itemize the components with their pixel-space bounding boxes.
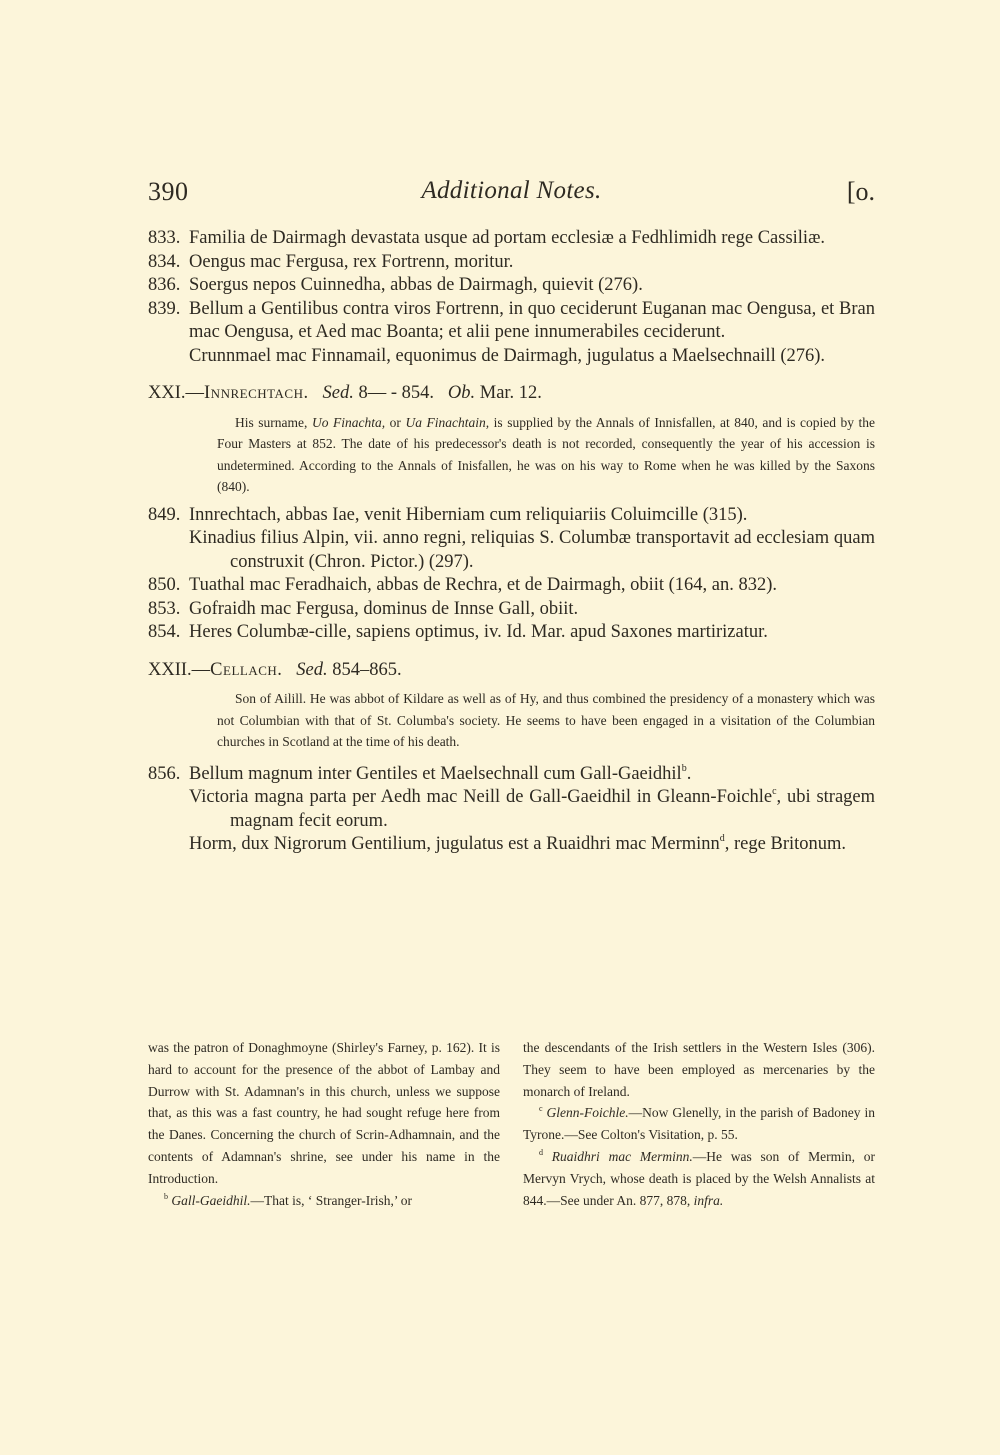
footnotes: was the patron of Donaghmoyne (Shirley's… [148, 1037, 875, 1211]
footnote-continued: the descendants of the Irish settlers in… [523, 1040, 875, 1099]
annal-entry-856-continued-1: Victoria magna parta per Aedh mac Neill … [148, 786, 875, 833]
annal-entry-849-continued: Kinadius filius Alpin, vii. anno regni, … [148, 527, 875, 574]
footnote-title: Ruaidhri mac Merminn. [552, 1149, 693, 1164]
running-title: Additional Notes. [148, 177, 875, 205]
abbot-heading-xxii: XXII.—Cellach. Sed. 854–865. [148, 659, 875, 683]
abbot-note-xxi: His surname, Uo Finachta, or Ua Finachta… [148, 412, 875, 498]
footnote-d: d Ruaidhri mac Merminn.—He was son of Me… [523, 1146, 875, 1211]
annal-year: 839. [148, 298, 180, 322]
annal-text: Victoria magna parta per Aedh mac Neill … [189, 787, 772, 807]
footnote-mark: d [539, 1148, 543, 1157]
note-text: Son of Ailill. He was abbot of Kildare a… [217, 688, 875, 753]
annal-entry-856: 856. Bellum magnum inter Gentiles et Mae… [148, 763, 875, 787]
annal-text: Heres Columbæ-cille, sapiens optimus, iv… [189, 622, 768, 642]
footnote-title: Glenn-Foichle. [547, 1105, 629, 1120]
annal-entry-849: 849. Innrechtach, abbas Iae, venit Hiber… [148, 504, 875, 528]
footnote-infra: infra. [694, 1193, 724, 1208]
annal-text: Familia de Dairmagh devastata usque ad p… [189, 228, 825, 248]
annal-text: Bellum a Gentilibus contra viros Fortren… [189, 299, 875, 343]
footnote-title: Gall-Gaeidhil. [171, 1193, 250, 1208]
sed-label: Sed. [296, 660, 327, 680]
annal-text-wrap: Horm, dux Nigrorum Gentilium, jugulatus … [189, 833, 875, 857]
annal-text: Soergus nepos Cuinnedha, abbas de Dairma… [189, 275, 643, 295]
annal-year: 856. [148, 763, 180, 787]
annal-entry-839: 839. Bellum a Gentilibus contra viros Fo… [148, 298, 875, 345]
footnote-mark: c [539, 1104, 543, 1113]
annal-text-end: . [687, 764, 692, 784]
annal-year: 850. [148, 574, 180, 598]
annal-text: Bellum magnum inter Gentiles et Maelsech… [189, 764, 682, 784]
footnote-c: c Glenn-Foichle.—Now Glenelly, in the pa… [523, 1102, 875, 1146]
ob-value: Mar. 12. [480, 383, 542, 403]
annal-text-wrap: Victoria magna parta per Aedh mac Neill … [189, 786, 875, 833]
annal-year: 853. [148, 598, 180, 622]
footnote-b: b Gall-Gaeidhil.—That is, ‘ Stranger-Iri… [148, 1190, 500, 1212]
note-text-part: His surname, [235, 415, 307, 430]
section-mark: [o. [847, 177, 875, 207]
annal-text-end: , rege Britonum. [725, 834, 846, 854]
annal-entry-854: 854. Heres Columbæ-cille, sapiens optimu… [148, 621, 875, 645]
footnote-text: —That is, ‘ Stranger-Irish,’ or [251, 1193, 412, 1208]
page-header: 390 Additional Notes. [o. [148, 177, 875, 211]
sed-value: 854–865. [332, 660, 401, 680]
annal-text: Crunnmael mac Finnamail, equonimus de Da… [189, 345, 875, 369]
annal-entry-839-continued: Crunnmael mac Finnamail, equonimus de Da… [148, 345, 875, 369]
footnotes-right-column: the descendants of the Irish settlers in… [523, 1037, 875, 1211]
annal-year: 836. [148, 274, 180, 298]
abbot-heading-xxi: XXI.—Innrechtach. Sed. 8— - 854. Ob. Mar… [148, 382, 875, 406]
note-text: His surname, Uo Finachta, or Ua Finachta… [217, 412, 875, 498]
annal-entry-833: 833. Familia de Dairmagh devastata usque… [148, 227, 875, 251]
annal-entry-853: 853. Gofraidh mac Fergusa, dominus de In… [148, 598, 875, 622]
note-italic-name: Ua Finachtain, [405, 415, 489, 430]
annal-text: Innrechtach, abbas Iae, venit Hiberniam … [189, 505, 747, 525]
annal-entry-856-continued-2: Horm, dux Nigrorum Gentilium, jugulatus … [148, 833, 875, 857]
annal-year: 849. [148, 504, 180, 528]
ob-label: Ob. [448, 383, 475, 403]
annal-text: Horm, dux Nigrorum Gentilium, jugulatus … [189, 834, 720, 854]
annal-entry-834: 834. Oengus mac Fergusa, rex Fortrenn, m… [148, 251, 875, 275]
abbot-numeral: XXII.— [148, 660, 210, 680]
abbot-name: Innrechtach. [204, 383, 309, 403]
note-italic-name: Uo Finachta, [312, 415, 385, 430]
annal-text: Gofraidh mac Fergusa, dominus de Innse G… [189, 599, 578, 619]
sed-value: 8— - 854. [358, 383, 434, 403]
annal-year: 833. [148, 227, 180, 251]
note-text-part: or [390, 415, 401, 430]
annal-text: Kinadius filius Alpin, vii. anno regni, … [189, 527, 875, 574]
annal-text: Oengus mac Fergusa, rex Fortrenn, moritu… [189, 252, 513, 272]
book-page: 390 Additional Notes. [o. 833. Familia d… [0, 0, 1000, 1455]
abbot-note-xxii: Son of Ailill. He was abbot of Kildare a… [148, 688, 875, 753]
abbot-name: Cellach. [210, 660, 282, 680]
annal-year: 834. [148, 251, 180, 275]
annal-entry-850: 850. Tuathal mac Feradhaich, abbas de Re… [148, 574, 875, 598]
footnote-mark: b [164, 1192, 168, 1201]
footnote-continued: was the patron of Donaghmoyne (Shirley's… [148, 1040, 500, 1186]
annal-text: Tuathal mac Feradhaich, abbas de Rechra,… [189, 575, 777, 595]
annal-year: 854. [148, 621, 180, 645]
annal-entry-836: 836. Soergus nepos Cuinnedha, abbas de D… [148, 274, 875, 298]
sed-label: Sed. [322, 383, 353, 403]
main-text: 833. Familia de Dairmagh devastata usque… [148, 227, 875, 857]
abbot-numeral: XXI.— [148, 383, 204, 403]
footnotes-left-column: was the patron of Donaghmoyne (Shirley's… [148, 1037, 500, 1211]
